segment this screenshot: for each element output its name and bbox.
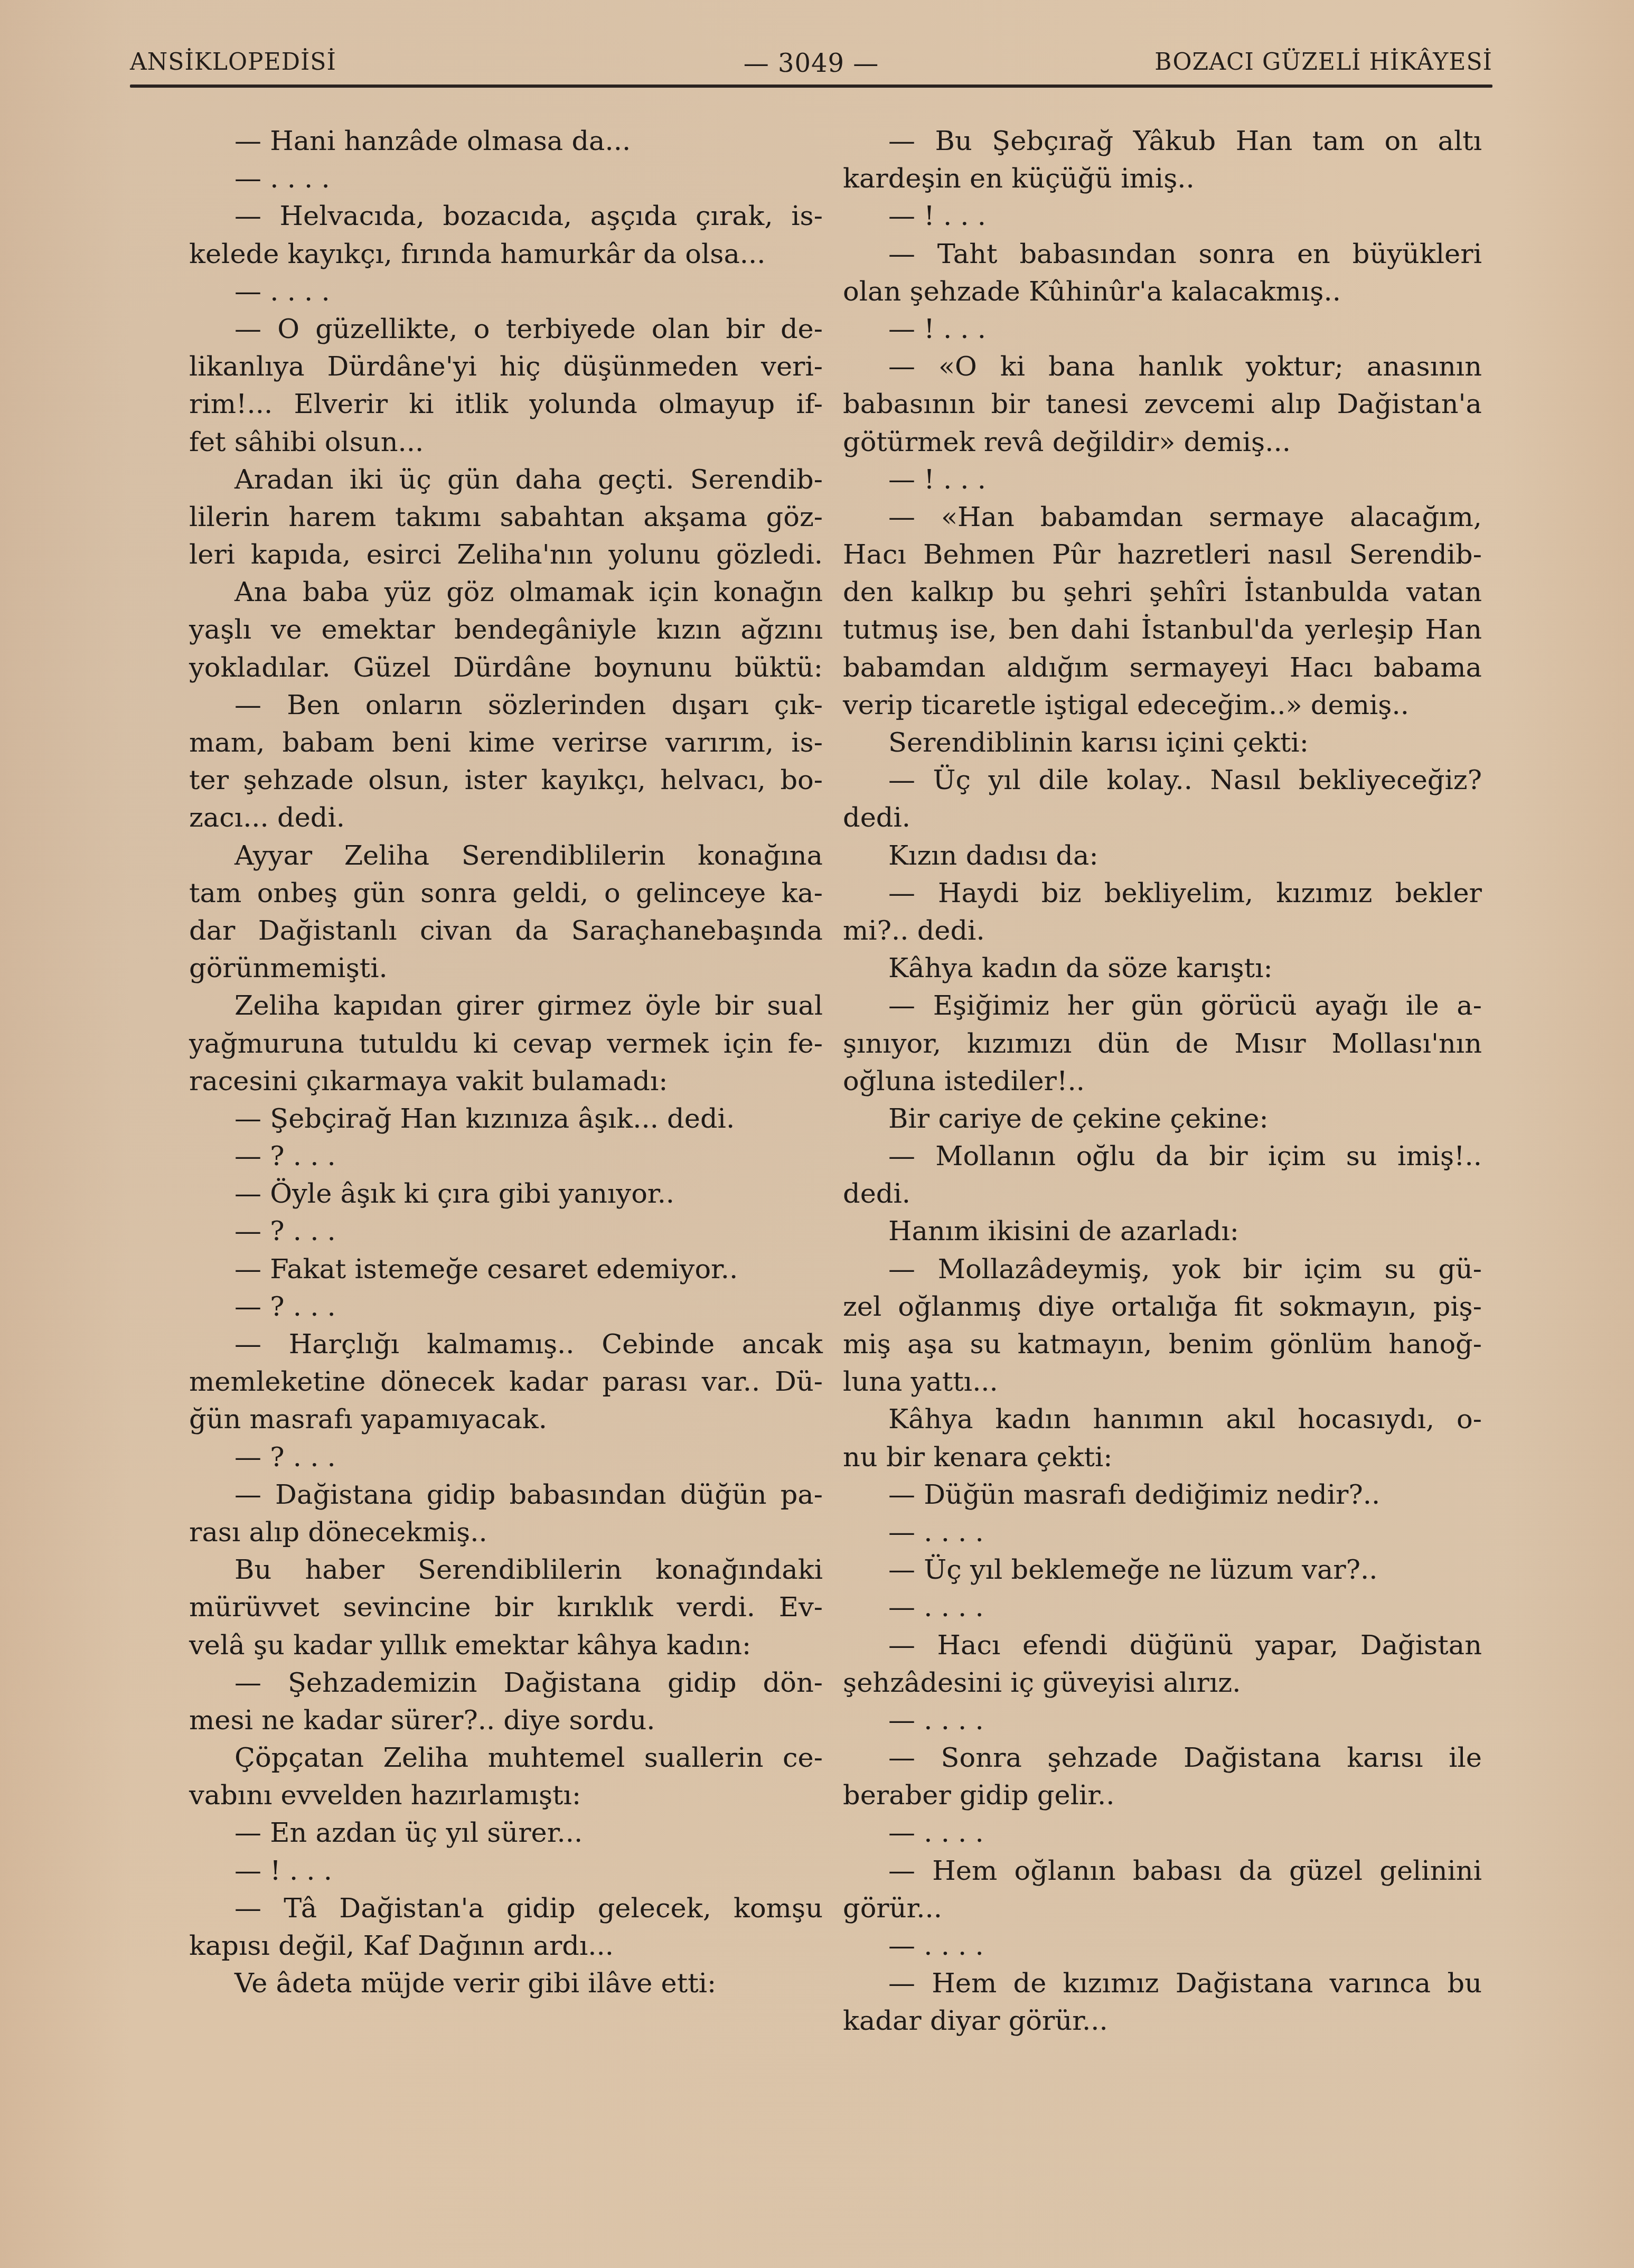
text-line: ğün masrafı yapamıyacak. — [189, 1401, 823, 1438]
text-line: olan şehzade Kûhinûr'a kalacakmış.. — [843, 273, 1482, 311]
text-line: Kâhya kadın da söze karıştı: — [843, 950, 1482, 987]
text-line: racesini çıkarmaya vakit bulamadı: — [189, 1063, 823, 1100]
text-line: — . . . . — [189, 273, 823, 311]
text-line: mürüvvet sevincine bir kırıklık verdi. E… — [189, 1589, 823, 1626]
text-line: nu bir kenara çekti: — [843, 1439, 1482, 1476]
text-line: den kalkıp bu şehri şehîri İstanbulda va… — [843, 574, 1482, 611]
text-line: likanlıya Dürdâne'yi hiç düşünmeden veri… — [189, 348, 823, 386]
text-line: — «O ki bana hanlık yoktur; anasının — [843, 348, 1482, 386]
text-line: — Üç yıl beklemeğe ne lüzum var?.. — [843, 1551, 1482, 1589]
text-line: kapısı değil, Kaf Dağının ardı... — [189, 1927, 823, 1965]
text-line: kardeşin en küçüğü imiş.. — [843, 160, 1482, 198]
text-line: rası alıp dönecekmiş.. — [189, 1514, 823, 1551]
text-line: fet sâhibi olsun... — [189, 424, 823, 461]
text-line: — ? . . . — [189, 1138, 823, 1175]
text-line: — Hani hanzâde olmasa da... — [189, 123, 823, 160]
left-column: — Hani hanzâde olmasa da... — . . . . — … — [189, 123, 823, 2002]
text-line: Bu haber Serendiblilerin konağındaki — [189, 1551, 823, 1589]
text-line: şınıyor, kızımızı dün de Mısır Mollası'n… — [843, 1025, 1482, 1063]
text-line: Serendiblinin karısı içini çekti: — [843, 724, 1482, 762]
text-line: — Düğün masrafı dediğimiz nedir?.. — [843, 1476, 1482, 1514]
text-line: — «Han babamdan sermaye alacağım, — [843, 499, 1482, 536]
text-line: babamdan aldığım sermayeyi Hacı babama — [843, 649, 1482, 687]
text-line: — Şebçirağ Han kızınıza âşık... dedi. — [189, 1100, 823, 1138]
text-line: Ve âdeta müjde verir gibi ilâve etti: — [189, 1965, 823, 2002]
text-line: Hanım ikisini de azarladı: — [843, 1213, 1482, 1250]
text-line: Zeliha kapıdan girer girmez öyle bir sua… — [189, 987, 823, 1025]
text-line: kelede kayıkçı, fırında hamurkâr da olsa… — [189, 236, 823, 273]
text-line: — Tâ Dağistan'a gidip gelecek, komşu — [189, 1890, 823, 1927]
text-line: zel oğlanmış diye ortalığa fit sokmayın,… — [843, 1288, 1482, 1326]
text-line: — Mollazâdeymiş, yok bir içim su gü- — [843, 1251, 1482, 1288]
text-line: — Sonra şehzade Dağistana karısı ile — [843, 1739, 1482, 1777]
text-line: Kâhya kadın hanımın akıl hocasıydı, o- — [843, 1401, 1482, 1438]
text-line: beraber gidip gelir.. — [843, 1777, 1482, 1814]
text-line: görür... — [843, 1890, 1482, 1927]
text-line: Çöpçatan Zeliha muhtemel suallerin ce- — [189, 1739, 823, 1777]
text-line: Bir cariye de çekine çekine: — [843, 1100, 1482, 1138]
text-line: — . . . . — [843, 1814, 1482, 1852]
text-line: miş aşa su katmayın, benim gönlüm hanoğ- — [843, 1326, 1482, 1363]
text-line: — ? . . . — [189, 1288, 823, 1326]
text-line: — Hacı efendi düğünü yapar, Dağistan — [843, 1627, 1482, 1664]
text-line: — Dağistana gidip babasından düğün pa- — [189, 1476, 823, 1514]
text-line: — Mollanın oğlu da bir içim su imiş!.. — [843, 1138, 1482, 1175]
text-line: götürmek revâ değildir» demiş... — [843, 424, 1482, 461]
text-line: oğluna istediler!.. — [843, 1063, 1482, 1100]
text-line: görünmemişti. — [189, 950, 823, 987]
text-line: — ? . . . — [189, 1439, 823, 1476]
text-line: tam onbeş gün sonra geldi, o gelinceye k… — [189, 875, 823, 912]
text-line: — . . . . — [843, 1589, 1482, 1626]
text-line: yaşlı ve emektar bendegâniyle kızın ağzı… — [189, 611, 823, 649]
page-header: ANSİKLOPEDİSİ — 3049 — BOZACI GÜZELİ HİK… — [130, 42, 1492, 90]
text-line: — Harçlığı kalmamış.. Cebinde ancak — [189, 1326, 823, 1363]
text-line: — ! . . . — [843, 311, 1482, 348]
text-line: verip ticaretle iştigal edeceğim..» demi… — [843, 687, 1482, 724]
text-line: yağmuruna tutuldu ki cevap vermek için f… — [189, 1025, 823, 1063]
text-line: Ana baba yüz göz olmamak için konağın — [189, 574, 823, 611]
text-line: zacı... dedi. — [189, 799, 823, 837]
text-line: tutmuş ise, ben dahi İstanbul'da yerleşi… — [843, 611, 1482, 649]
text-line: — Haydi biz bekliyelim, kızımız bekler — [843, 875, 1482, 912]
text-line: kadar diyar görür... — [843, 2002, 1482, 2040]
text-line: — Eşiğimiz her gün görücü ayağı ile a- — [843, 987, 1482, 1025]
text-line: — . . . . — [189, 160, 823, 198]
text-line: dar Dağistanlı civan da Saraçhanebaşında — [189, 912, 823, 950]
text-line: — ! . . . — [843, 461, 1482, 499]
text-line: — Fakat istemeğe cesaret edemiyor.. — [189, 1251, 823, 1288]
text-line: — Öyle âşık ki çıra gibi yanıyor.. — [189, 1175, 823, 1213]
text-line: mi?.. dedi. — [843, 912, 1482, 950]
text-line: — Şehzademizin Dağistana gidip dön- — [189, 1664, 823, 1702]
text-line: — O güzellikte, o terbiyede olan bir de- — [189, 311, 823, 348]
text-line: — Üç yıl dile kolay.. Nasıl bekliyeceğiz… — [843, 762, 1482, 799]
running-head-right: BOZACI GÜZELİ HİKÂYESİ — [1154, 49, 1492, 76]
text-line: luna yattı... — [843, 1363, 1482, 1401]
text-line: rim!... Elverir ki itlik yolunda olmayup… — [189, 386, 823, 423]
text-line: — ? . . . — [189, 1213, 823, 1250]
text-line: — . . . . — [843, 1514, 1482, 1551]
text-line: mesi ne kadar sürer?.. diye sordu. — [189, 1702, 823, 1739]
text-line: leri kapıda, esirci Zeliha'nın yolunu gö… — [189, 536, 823, 574]
text-line: — . . . . — [843, 1702, 1482, 1739]
text-line: Hacı Behmen Pûr hazretleri nasıl Serendi… — [843, 536, 1482, 574]
text-line: — ! . . . — [189, 1852, 823, 1890]
text-line: — Helvacıda, bozacıda, aşçıda çırak, is- — [189, 198, 823, 235]
text-line: vabını evvelden hazırlamıştı: — [189, 1777, 823, 1814]
text-line: — Hem oğlanın babası da güzel gelinini — [843, 1852, 1482, 1890]
text-line: — En azdan üç yıl sürer... — [189, 1814, 823, 1852]
text-line: velâ şu kadar yıllık emektar kâhya kadın… — [189, 1627, 823, 1664]
text-line: şehzâdesini iç güveyisi alırız. — [843, 1664, 1482, 1702]
text-line: lilerin harem takımı sabahtan akşama göz… — [189, 499, 823, 536]
text-line: Ayyar Zeliha Serendiblilerin konağına — [189, 837, 823, 875]
text-line: Aradan iki üç gün daha geçti. Serendib- — [189, 461, 823, 499]
text-line: — ! . . . — [843, 198, 1482, 235]
text-line: — Hem de kızımız Dağistana varınca bu — [843, 1965, 1482, 2002]
text-line: babasının bir tanesi zevcemi alıp Dağist… — [843, 386, 1482, 423]
text-line: ter şehzade olsun, ister kayıkçı, helvac… — [189, 762, 823, 799]
text-line: — Taht babasından sonra en büyükleri — [843, 236, 1482, 273]
text-line: — Bu Şebçırağ Yâkub Han tam on altı — [843, 123, 1482, 160]
text-line: — Ben onların sözlerinden dışarı çık- — [189, 687, 823, 724]
text-line: memleketine dönecek kadar parası var.. D… — [189, 1363, 823, 1401]
header-rule — [130, 85, 1492, 88]
text-line: — . . . . — [843, 1927, 1482, 1965]
text-line: Kızın dadısı da: — [843, 837, 1482, 875]
text-line: dedi. — [843, 799, 1482, 837]
text-line: mam, babam beni kime verirse varırım, is… — [189, 724, 823, 762]
text-line: dedi. — [843, 1175, 1482, 1213]
text-line: yokladılar. Güzel Dürdâne boynunu büktü: — [189, 649, 823, 687]
right-column: — Bu Şebçırağ Yâkub Han tam on altı kard… — [843, 123, 1482, 2040]
